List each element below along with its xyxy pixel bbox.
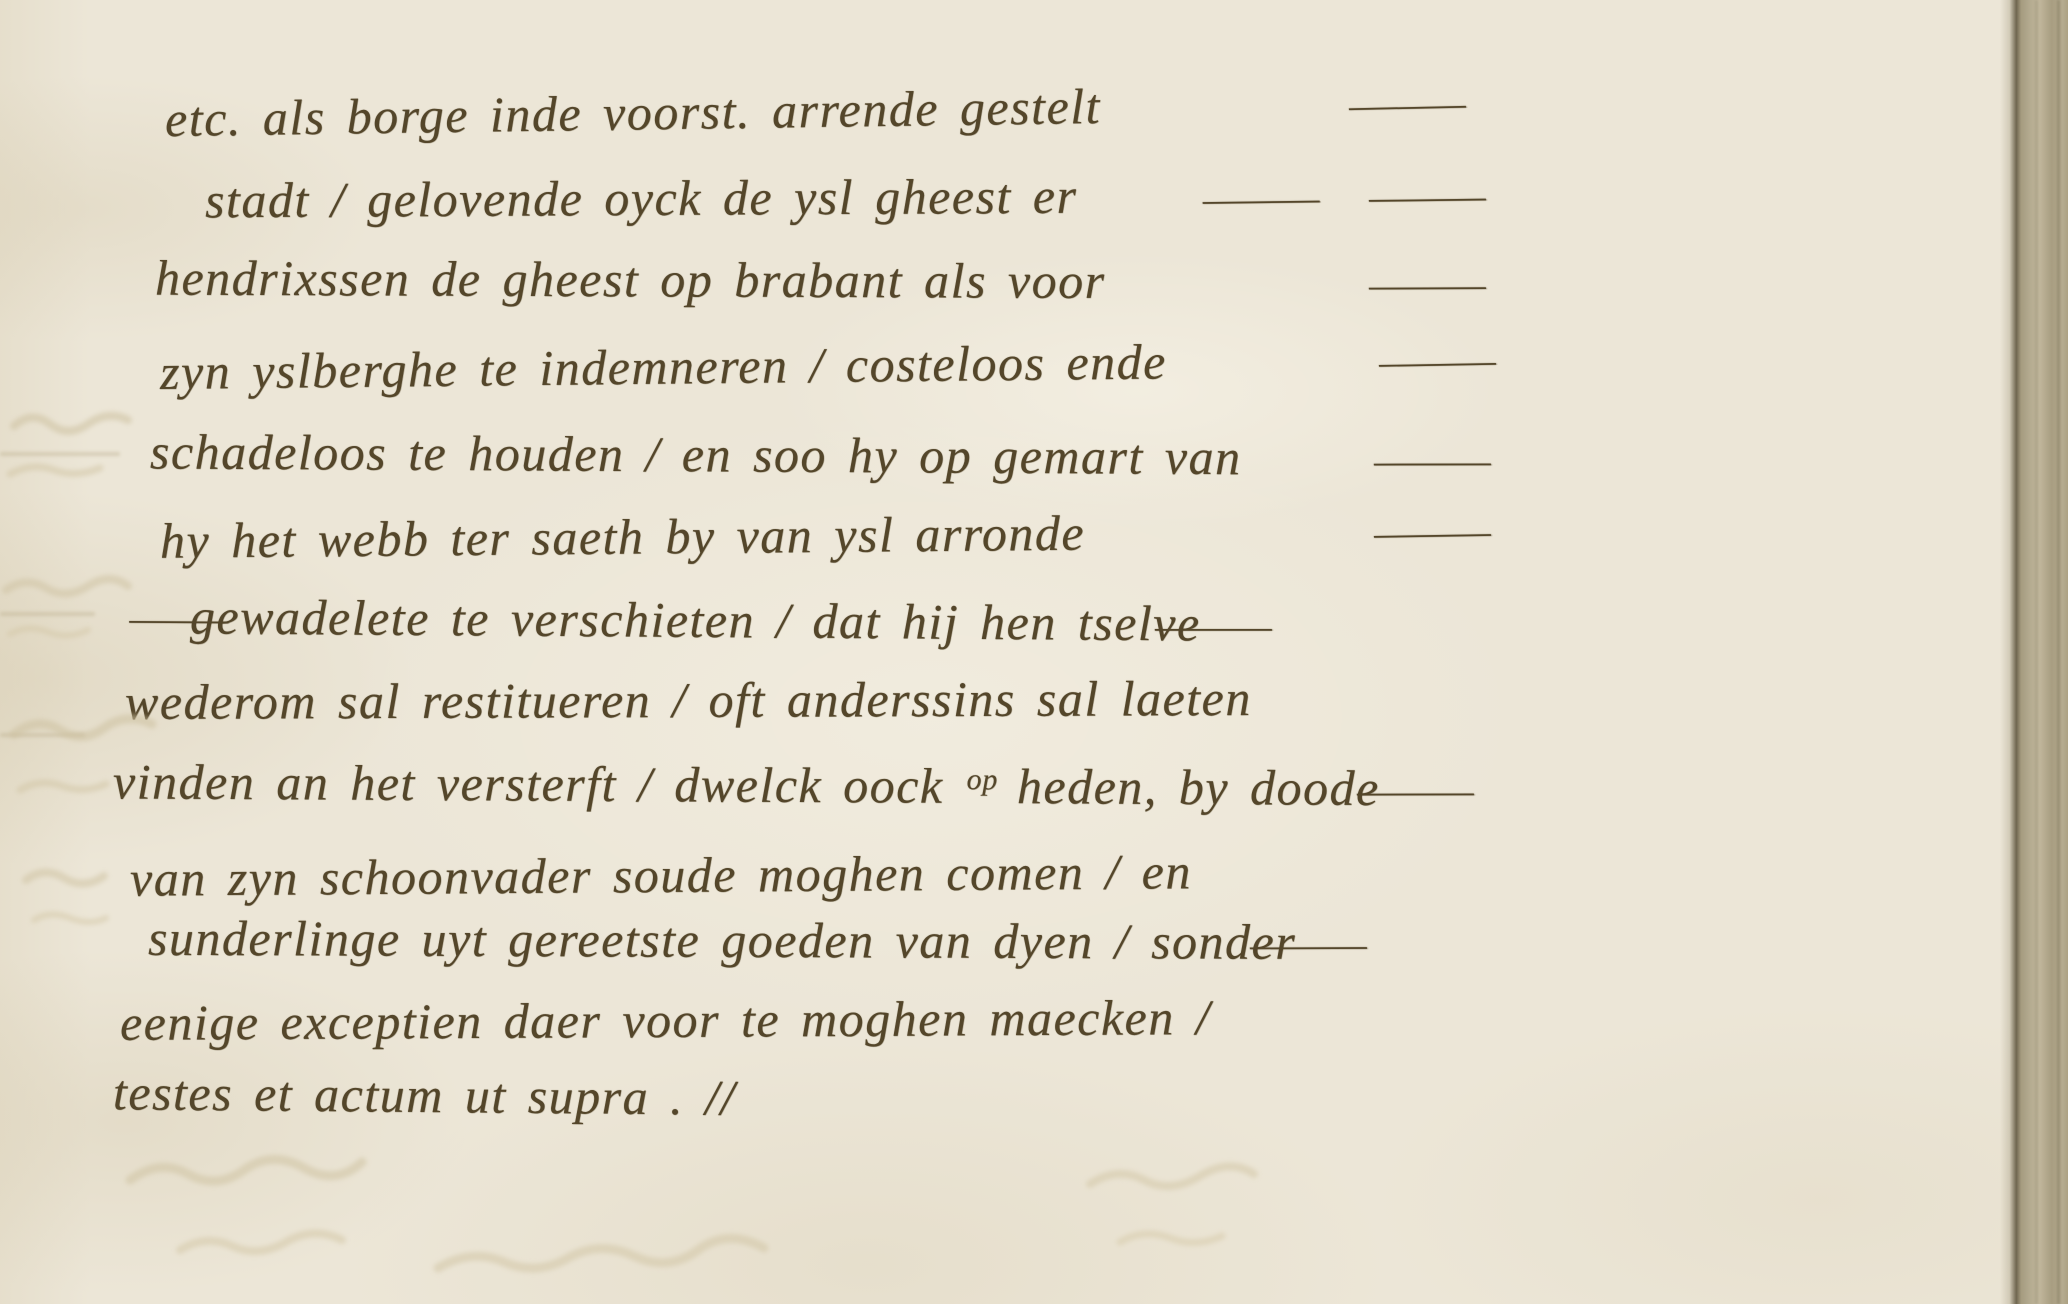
line-filler-dash: — — (1200, 173, 1486, 222)
bleed-through-mark (6, 390, 256, 500)
line-filler-dash: — (1153, 604, 1273, 650)
line-filler-dash: — (1249, 922, 1369, 968)
manuscript-line-text: van zyn schoonvader soude moghen comen /… (130, 839, 1192, 911)
manuscript-line: schadeloos te houden / en soo hy op gema… (150, 419, 1490, 491)
bleed-squiggle (0, 560, 230, 660)
bleed-squiggle (20, 850, 230, 940)
line-filler-dash: — (1346, 81, 1467, 129)
manuscript-line: — gewadelete te verschieten / dat hij he… (130, 584, 1272, 657)
manuscript-line: zyn yslberghe te indemneren / costeloos … (160, 326, 1496, 405)
manuscript-page: etc. als borge inde voorst. arrende gest… (0, 0, 2068, 1304)
manuscript-line-text: sunderlinge uyt gereetste goeden van dye… (148, 906, 1296, 975)
manuscript-line-text: zyn yslberghe te indemneren / costeloos … (160, 329, 1167, 405)
bleed-through-mark (20, 850, 230, 940)
manuscript-line: hy het webb ter saeth by van ysl arronde… (160, 497, 1491, 574)
manuscript-line-text: vinden an het versterft / dwelck oock ᵒᵖ… (113, 749, 1380, 821)
manuscript-line: van zyn schoonvader soude moghen comen /… (130, 839, 1192, 911)
manuscript-line: testes et actum ut supra . // (113, 1060, 736, 1130)
manuscript-line-text: wederom sal restitueren / oft anderssins… (125, 666, 1252, 735)
manuscript-line-text: gewadelete te verschieten / dat hij hen … (190, 584, 1201, 656)
manuscript-line: wederom sal restitueren / oft anderssins… (125, 666, 1252, 735)
manuscript-line: eenige exceptien daer voor te moghen mae… (120, 985, 1211, 1056)
bleed-squiggle (1080, 1150, 1500, 1270)
line-filler-dash: — (1372, 509, 1492, 556)
manuscript-line-text: testes et actum ut supra . // (113, 1060, 736, 1130)
line-filler-dash: — (1377, 338, 1497, 385)
line-filler-dash: — (1367, 262, 1487, 308)
manuscript-line: hendrixssen de gheest op brabant als voo… (155, 246, 1485, 316)
line-filler-dash: — (1372, 438, 1492, 484)
manuscript-line-text: stadt / gelovende oyck de ysl gheest er (205, 164, 1078, 234)
line-filler-dash: — (1355, 768, 1475, 814)
bleed-through-mark (430, 1230, 1130, 1300)
manuscript-line-text: hendrixssen de gheest op brabant als voo… (155, 246, 1106, 314)
page-fore-edge (2000, 0, 2068, 1304)
bleed-through-mark (0, 560, 230, 660)
manuscript-line: vinden an het versterft / dwelck oock ᵒᵖ… (113, 749, 1473, 821)
manuscript-line: stadt / gelovende oyck de ysl gheest er … (205, 162, 1485, 234)
bleed-squiggle (6, 390, 256, 500)
manuscript-line-text: etc. als borge inde voorst. arrende gest… (165, 74, 1102, 152)
manuscript-line-text: eenige exceptien daer voor te moghen mae… (120, 985, 1211, 1056)
fore-edge-streak (2057, 0, 2060, 1304)
manuscript-line-text: hy het webb ter saeth by van ysl arronde (160, 501, 1086, 574)
manuscript-line-text: schadeloos te houden / en soo hy op gema… (150, 419, 1242, 490)
manuscript-line: sunderlinge uyt gereetste goeden van dye… (148, 906, 1367, 975)
fore-edge-streak (2035, 0, 2038, 1304)
bleed-squiggle (8, 700, 268, 820)
bleed-through-mark (1080, 1150, 1500, 1270)
bleed-squiggle (430, 1230, 1130, 1300)
bleed-through-mark (8, 700, 268, 820)
manuscript-line: etc. als borge inde voorst. arrende gest… (165, 69, 1466, 152)
